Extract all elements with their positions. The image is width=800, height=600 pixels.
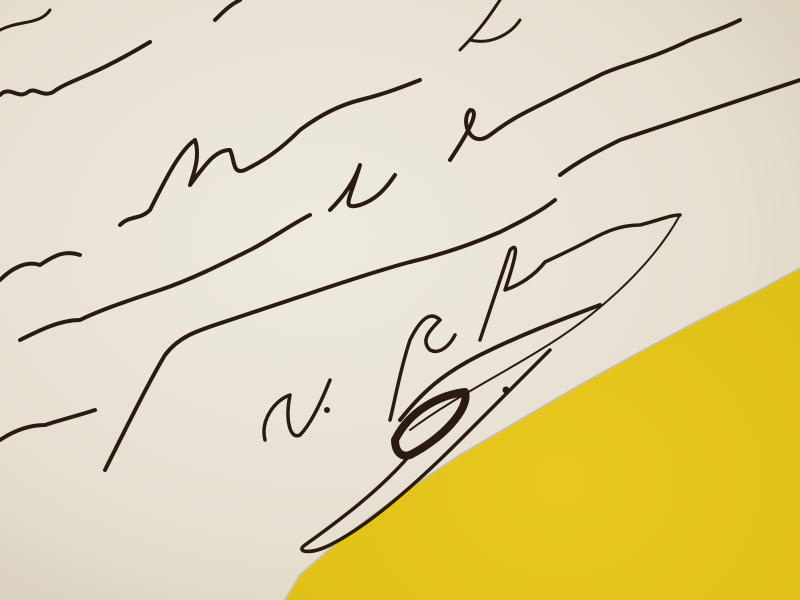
letter-line: sincèrement de (257, 0, 353, 17)
letter-line: ma plus parfaite considération (357, 0, 550, 17)
signature: V. Le Gentile (554, 0, 639, 17)
photo-scene: de ma ceur Monsieur l'assurance agréer s… (0, 0, 800, 600)
letter-line: de ma (0, 0, 39, 17)
letter-line: Monsieur (74, 0, 135, 17)
letter-line: l'assurance (140, 0, 210, 17)
letter-line: ceur (43, 0, 71, 17)
letter-line: agréer (213, 0, 253, 17)
